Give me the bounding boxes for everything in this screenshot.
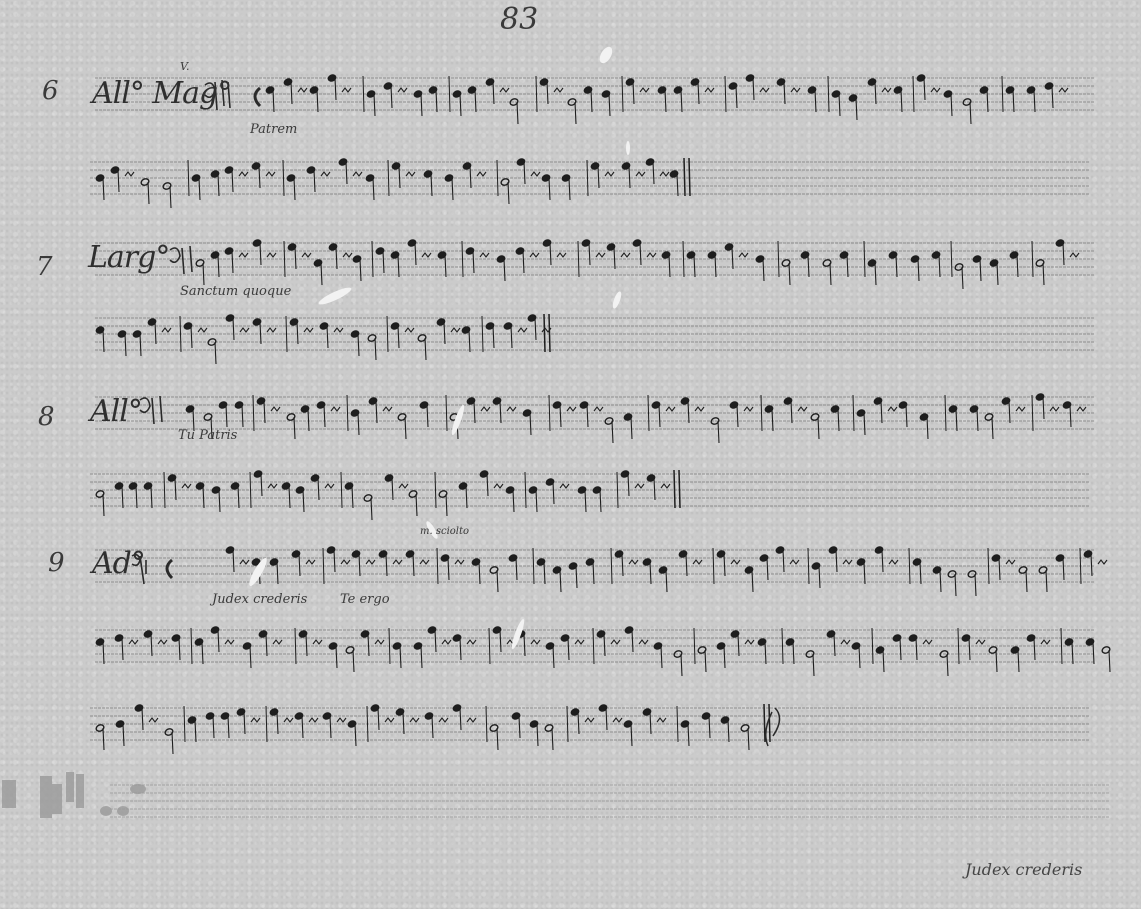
tempo-marking: All° xyxy=(90,394,142,429)
lyric-incipit-2: Te ergo xyxy=(340,592,390,607)
annotation: V. xyxy=(180,60,190,73)
manuscript-page: 83 6 All° Mag° V. Patrem 7 Larg° Sanctum… xyxy=(0,0,1141,909)
lyric-incipit: Patrem xyxy=(250,122,297,137)
music-staves xyxy=(0,0,1141,909)
tempo-marking: Ad° xyxy=(92,546,145,581)
piece-number: 7 xyxy=(36,252,53,282)
catchword: Judex crederis xyxy=(965,860,1082,879)
tempo-marking: Larg° xyxy=(88,240,169,275)
piece-number: 6 xyxy=(42,76,59,106)
lyric-incipit: Sanctum quoque xyxy=(180,284,291,299)
annotation: m. sciolto xyxy=(420,526,469,537)
page-number: 83 xyxy=(500,2,538,37)
piece-number: 8 xyxy=(38,402,55,432)
piece-number: 9 xyxy=(48,548,65,578)
lyric-incipit: Tu Patris xyxy=(178,428,237,443)
tempo-marking: All° Mag° xyxy=(92,76,231,111)
lyric-incipit: Judex crederis xyxy=(212,592,307,607)
